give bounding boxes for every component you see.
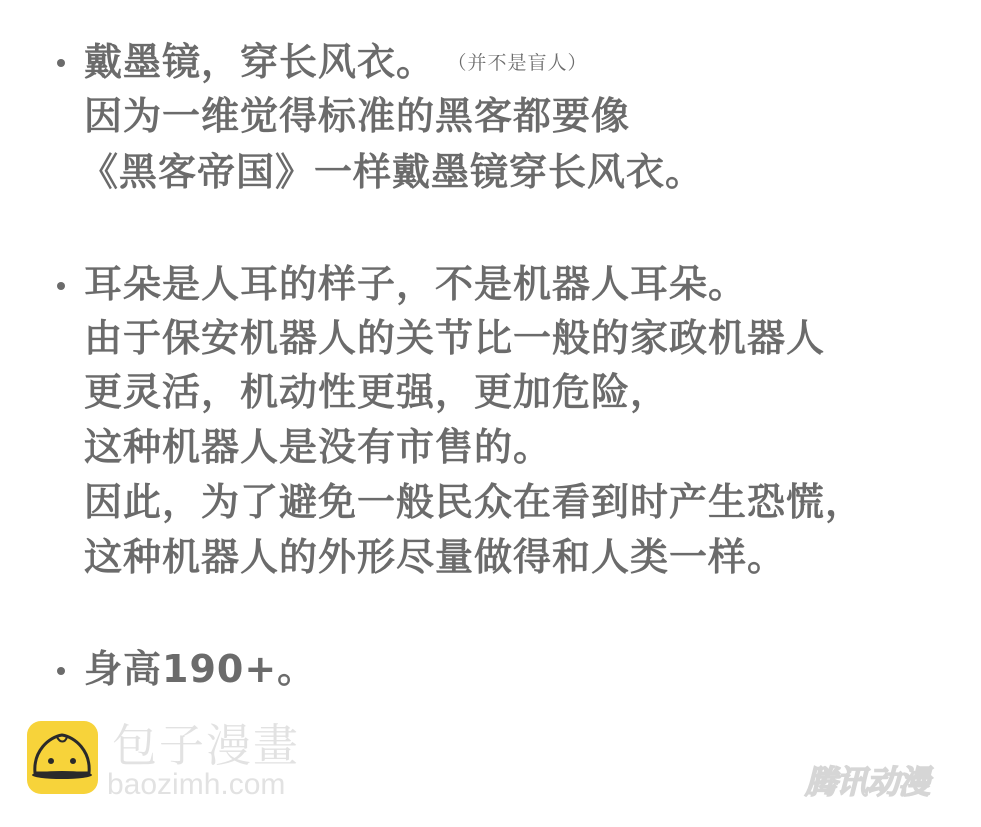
text-line: 这种机器人的外形尽量做得和人类一样。 bbox=[84, 535, 786, 579]
site-url: baozimh.com bbox=[107, 768, 285, 802]
side-note: （并不是盲人） bbox=[457, 52, 588, 74]
site-name: 包子漫畫 bbox=[112, 720, 300, 772]
text-line: 因此，为了避免一般民众在看到时产生恐慌， bbox=[84, 480, 864, 524]
text-line: 《黑客帝国》一样戴墨镜穿长风衣。 bbox=[80, 150, 704, 194]
bullet-dot-icon bbox=[57, 667, 65, 675]
bun-mascot-icon bbox=[27, 721, 98, 794]
publisher-watermark: 腾讯动漫 bbox=[805, 762, 960, 802]
text-line: 这种机器人是没有市售的。 bbox=[84, 425, 552, 469]
text-line: 身高190+。 bbox=[84, 647, 316, 691]
text-line: 由于保安机器人的关节比一般的家政机器人 bbox=[84, 316, 825, 360]
text-line: 戴墨镜，穿长风衣。（并不是盲人） bbox=[84, 40, 588, 85]
bullet-dot-icon bbox=[57, 59, 65, 67]
text-line: 更灵活，机动性更强，更加危险， bbox=[84, 370, 669, 414]
line-text: 戴墨镜，穿长风衣。 bbox=[84, 40, 435, 84]
bullet-dot-icon bbox=[57, 282, 65, 290]
text-line: 耳朵是人耳的样子，不是机器人耳朵。 bbox=[84, 262, 747, 306]
text-line: 因为一维觉得标准的黑客都要像 bbox=[84, 94, 630, 138]
